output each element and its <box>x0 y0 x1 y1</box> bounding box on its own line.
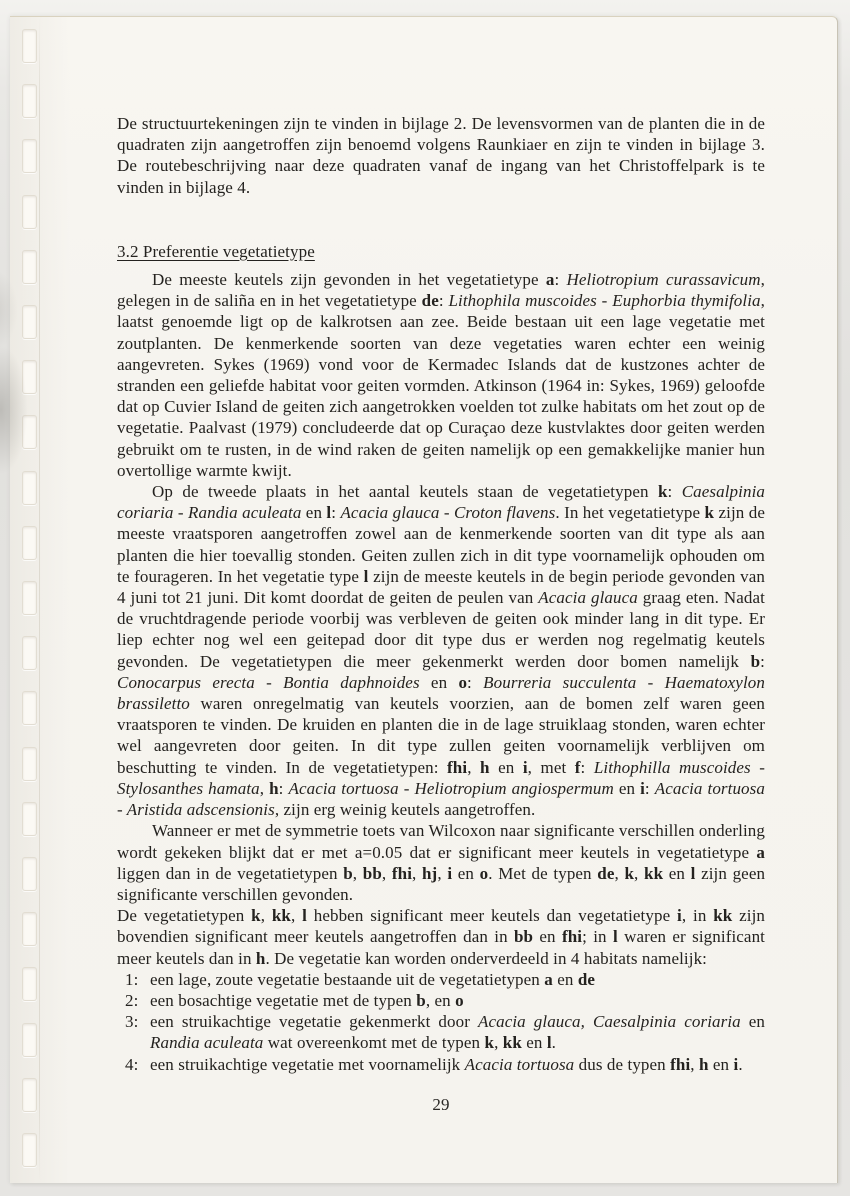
paragraph: De meeste keutels zijn gevonden in het v… <box>117 269 765 481</box>
scanner-bed: De structuurtekeningen zijn te vinden in… <box>0 0 850 1196</box>
paragraph: Op de tweede plaats in het aantal keutel… <box>117 481 765 820</box>
section-heading: 3.2 Preferentie vegetatietype <box>117 241 765 262</box>
binding-hole <box>22 1023 37 1057</box>
paragraph: De vegetatietypen k, kk, l hebben signif… <box>117 905 765 969</box>
binding-hole <box>22 967 37 1001</box>
binding-hole <box>22 139 37 173</box>
paragraph: Wanneer er met de symmetrie toets van Wi… <box>117 820 765 905</box>
binding-hole <box>22 857 37 891</box>
binding-hole <box>22 802 37 836</box>
binding-hole <box>22 250 37 284</box>
list-item: 4:een struikachtige vegetatie met voorna… <box>117 1054 765 1075</box>
paragraph: De structuurtekeningen zijn te vinden in… <box>117 113 765 198</box>
page-number: 29 <box>117 1094 765 1115</box>
binding-hole <box>22 912 37 946</box>
binding-crease <box>39 17 40 1183</box>
binding-hole <box>22 581 37 615</box>
list-item: 2:een bosachtige vegetatie met de typen … <box>117 990 765 1011</box>
list-item: 1:een lage, zoute vegetatie bestaande ui… <box>117 969 765 990</box>
binding-hole <box>22 747 37 781</box>
binding-hole <box>22 195 37 229</box>
binding-hole <box>22 471 37 505</box>
binding-rail <box>22 17 36 1183</box>
binding-hole <box>22 636 37 670</box>
binding-hole <box>22 415 37 449</box>
binding-hole <box>22 1133 37 1167</box>
binding-hole <box>22 305 37 339</box>
list-item-number: 2: <box>125 990 138 1011</box>
binding-hole <box>22 526 37 560</box>
binding-hole <box>22 84 37 118</box>
list-item-number: 4: <box>125 1054 138 1075</box>
list-item-number: 3: <box>125 1011 138 1032</box>
binding-hole <box>22 691 37 725</box>
binding-hole <box>22 1078 37 1112</box>
scanned-page: De structuurtekeningen zijn te vinden in… <box>10 16 838 1183</box>
document-body: De structuurtekeningen zijn te vinden in… <box>117 113 765 1115</box>
list-item: 3:een struikachtige vegetatie gekenmerkt… <box>117 1011 765 1053</box>
list-item-number: 1: <box>125 969 138 990</box>
binding-hole <box>22 29 37 63</box>
binding-hole <box>22 360 37 394</box>
